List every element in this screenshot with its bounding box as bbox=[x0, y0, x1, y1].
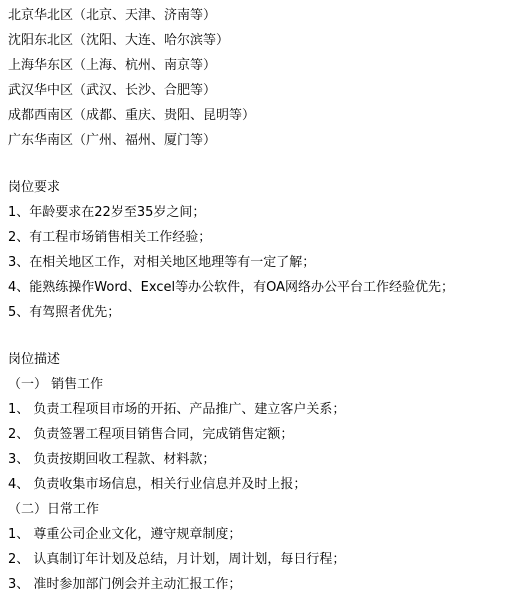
section-requirements: 岗位要求 1、年龄要求在22岁至35岁之间； 2、有工程市场销售相关工作经验； … bbox=[8, 175, 530, 325]
requirement-item-1: 1、年龄要求在22岁至35岁之间； bbox=[8, 200, 530, 225]
sales-work-item-2: 2、 负责签署工程项目销售合同，完成销售定额； bbox=[8, 422, 530, 447]
section-regions: 北京华北区（北京、天津、济南等） 沈阳东北区（沈阳、大连、哈尔滨等） 上海华东区… bbox=[8, 3, 530, 153]
sales-work-item-1: 1、 负责工程项目市场的开拓、产品推广、建立客户关系； bbox=[8, 397, 530, 422]
region-line-3: 上海华东区（上海、杭州、南京等） bbox=[8, 53, 530, 78]
region-line-6: 广东华南区（广州、福州、厦门等） bbox=[8, 128, 530, 153]
description-subsection2-heading: （二）日常工作 bbox=[8, 497, 530, 522]
requirement-item-4: 4、能熟练操作Word、Excel等办公软件，有OA网络办公平台工作经验优先； bbox=[8, 275, 530, 300]
daily-work-item-3: 3、 准时参加部门例会并主动汇报工作； bbox=[8, 572, 530, 597]
region-line-4: 武汉华中区（武汉、长沙、合肥等） bbox=[8, 78, 530, 103]
region-line-5: 成都西南区（成都、重庆、贵阳、昆明等） bbox=[8, 103, 530, 128]
requirement-item-2: 2、有工程市场销售相关工作经验； bbox=[8, 225, 530, 250]
requirements-heading: 岗位要求 bbox=[8, 175, 530, 200]
description-heading: 岗位描述 bbox=[8, 347, 530, 372]
daily-work-item-1: 1、 尊重公司企业文化，遵守规章制度； bbox=[8, 522, 530, 547]
job-posting-document: 北京华北区（北京、天津、济南等） 沈阳东北区（沈阳、大连、哈尔滨等） 上海华东区… bbox=[0, 0, 530, 597]
sales-work-item-3: 3、 负责按期回收工程款、材料款； bbox=[8, 447, 530, 472]
section-divider-space bbox=[8, 153, 530, 175]
section-description: 岗位描述 （一） 销售工作 1、 负责工程项目市场的开拓、产品推广、建立客户关系… bbox=[8, 347, 530, 597]
sales-work-item-4: 4、 负责收集市场信息，相关行业信息并及时上报； bbox=[8, 472, 530, 497]
requirement-item-5: 5、有驾照者优先； bbox=[8, 300, 530, 325]
daily-work-item-2: 2、 认真制订年计划及总结，月计划，周计划，每日行程； bbox=[8, 547, 530, 572]
region-line-1: 北京华北区（北京、天津、济南等） bbox=[8, 3, 530, 28]
region-line-2: 沈阳东北区（沈阳、大连、哈尔滨等） bbox=[8, 28, 530, 53]
description-subsection1-heading: （一） 销售工作 bbox=[8, 372, 530, 397]
section-divider-space bbox=[8, 325, 530, 347]
requirement-item-3: 3、在相关地区工作，对相关地区地理等有一定了解； bbox=[8, 250, 530, 275]
